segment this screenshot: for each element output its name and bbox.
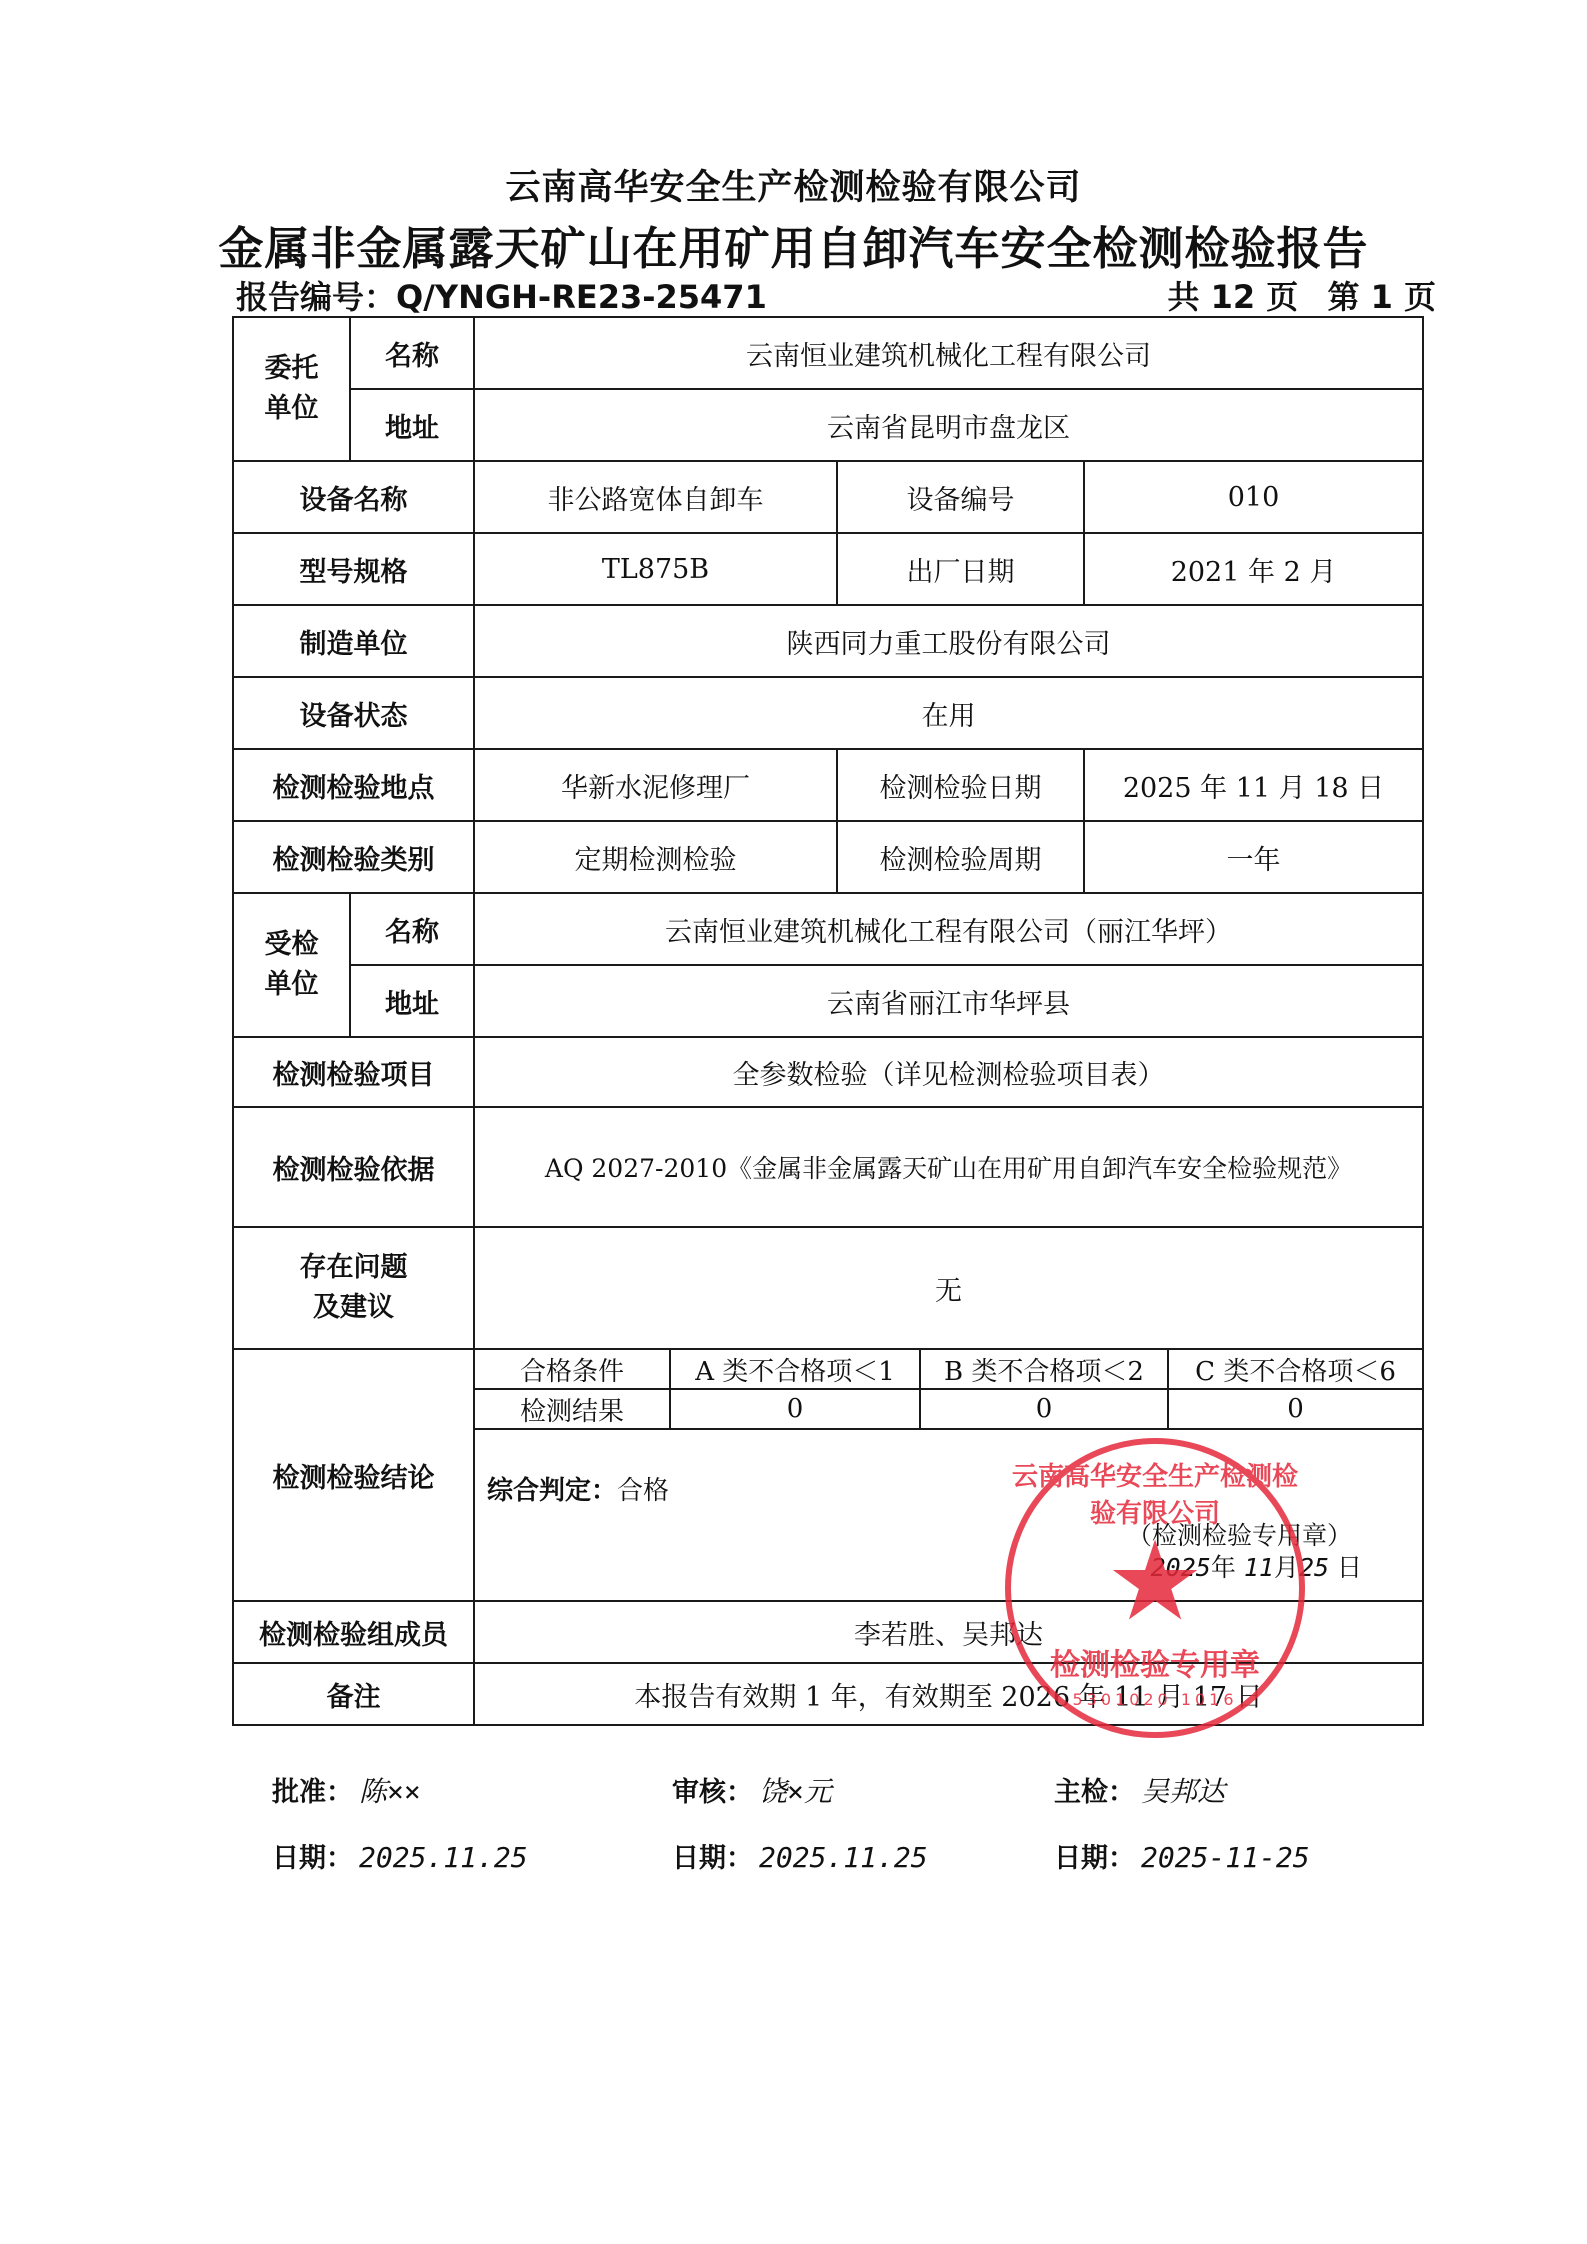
- client-group-label: 委托 单位: [233, 317, 350, 461]
- factory-date-value: 2021 年 2 月: [1084, 533, 1423, 605]
- client-name-row: 委托 单位 名称 云南恒业建筑机械化工程有限公司: [233, 317, 1423, 389]
- inspection-date-value: 2025 年 11 月 18 日: [1084, 749, 1423, 821]
- report-number-label: 报告编号：: [236, 278, 396, 316]
- equipment-number-label: 设备编号: [837, 461, 1084, 533]
- team-row: 检测检验组成员 李若胜、吴邦达: [233, 1601, 1423, 1663]
- equipment-name-value: 非公路宽体自卸车: [474, 461, 837, 533]
- approver-date: 日期：2025.11.25: [272, 1836, 528, 1875]
- overall-judgement: 综合判定：合格: [487, 1470, 669, 1507]
- client-name-value: 云南恒业建筑机械化工程有限公司: [474, 317, 1423, 389]
- remarks-row: 备注 本报告有效期 1 年，有效期至 2026 年 11 月 17 日: [233, 1663, 1423, 1725]
- status-label: 设备状态: [233, 677, 474, 749]
- manufacturer-value: 陕西同力重工股份有限公司: [474, 605, 1423, 677]
- conclusion-cell: 合格条件 A 类不合格项＜1 B 类不合格项＜2 C 类不合格项＜6 检测结果 …: [474, 1349, 1423, 1601]
- inspection-cycle-label: 检测检验周期: [837, 821, 1084, 893]
- model-value: TL875B: [474, 533, 837, 605]
- main-sign: 吴邦达: [1141, 1775, 1225, 1808]
- reviewer-signature: 审核：饶×元: [672, 1770, 832, 1810]
- reviewer-date: 日期：2025.11.25: [672, 1836, 928, 1875]
- client-address-row: 地址 云南省昆明市盘龙区: [233, 389, 1423, 461]
- inspection-location-row: 检测检验地点 华新水泥修理厂 检测检验日期 2025 年 11 月 18 日: [233, 749, 1423, 821]
- main-inspector-date: 日期：2025-11-25: [1054, 1836, 1310, 1875]
- criteria-b: B 类不合格项＜2: [920, 1350, 1168, 1389]
- criteria-a: A 类不合格项＜1: [670, 1350, 920, 1389]
- company-name: 云南高华安全生产检测检验有限公司: [0, 160, 1587, 210]
- criteria-table: 合格条件 A 类不合格项＜1 B 类不合格项＜2 C 类不合格项＜6 检测结果 …: [475, 1350, 1422, 1430]
- equipment-number-value: 010: [1084, 461, 1423, 533]
- basis-row: 检测检验依据 AQ 2027-2010《金属非金属露天矿山在用矿用自卸汽车安全检…: [233, 1107, 1423, 1227]
- factory-date-label: 出厂日期: [837, 533, 1084, 605]
- inspected-address-value: 云南省丽江市华坪县: [474, 965, 1423, 1037]
- report-title: 金属非金属露天矿山在用矿用自卸汽车安全检测检验报告: [0, 212, 1587, 277]
- main-label: 主检：: [1054, 1777, 1135, 1808]
- inspection-category-label: 检测检验类别: [233, 821, 474, 893]
- result-row: 检测结果 0 0 0: [475, 1389, 1422, 1429]
- result-c: 0: [1168, 1389, 1422, 1429]
- items-label: 检测检验项目: [233, 1037, 474, 1107]
- inspected-name-row: 受检 单位 名称 云南恒业建筑机械化工程有限公司（丽江华坪）: [233, 893, 1423, 965]
- judgement-label: 综合判定：: [487, 1476, 617, 1506]
- client-name-label: 名称: [350, 317, 474, 389]
- inspection-category-value: 定期检测检验: [474, 821, 837, 893]
- manufacturer-row: 制造单位 陕西同力重工股份有限公司: [233, 605, 1423, 677]
- review-date-value: 2025.11.25: [759, 1841, 928, 1874]
- issues-label: 存在问题 及建议: [233, 1227, 474, 1349]
- items-row: 检测检验项目 全参数检验（详见检测检验项目表）: [233, 1037, 1423, 1107]
- seal-date-year: 2025: [1151, 1553, 1211, 1582]
- inspection-date-label: 检测检验日期: [837, 749, 1084, 821]
- inspected-address-row: 地址 云南省丽江市华坪县: [233, 965, 1423, 1037]
- inspection-location-label: 检测检验地点: [233, 749, 474, 821]
- approve-sign: 陈××: [359, 1775, 421, 1808]
- inspection-category-row: 检测检验类别 定期检测检验 检测检验周期 一年: [233, 821, 1423, 893]
- page-indicator: 共 12 页 第 1 页: [1149, 272, 1436, 318]
- report-number-value: Q/YNGH-RE23-25471: [396, 278, 767, 316]
- inspected-address-label: 地址: [350, 965, 474, 1037]
- issues-value: 无: [474, 1227, 1423, 1349]
- basis-label: 检测检验依据: [233, 1107, 474, 1227]
- team-value: 李若胜、吴邦达: [474, 1601, 1423, 1663]
- report-table: 委托 单位 名称 云南恒业建筑机械化工程有限公司 地址 云南省昆明市盘龙区 设备…: [232, 316, 1424, 1726]
- status-value: 在用: [474, 677, 1423, 749]
- total-pages: 共 12 页: [1167, 278, 1298, 316]
- report-meta-row: 报告编号：Q/YNGH-RE23-25471 共 12 页 第 1 页: [236, 272, 1436, 316]
- inspected-name-value: 云南恒业建筑机械化工程有限公司（丽江华坪）: [474, 893, 1423, 965]
- result-b: 0: [920, 1389, 1168, 1429]
- items-value: 全参数检验（详见检测检验项目表）: [474, 1037, 1423, 1107]
- inspection-location-value: 华新水泥修理厂: [474, 749, 837, 821]
- seal-date: 2025年 11月25 日: [1151, 1548, 1362, 1584]
- manufacturer-label: 制造单位: [233, 605, 474, 677]
- client-address-label: 地址: [350, 389, 474, 461]
- remarks-value: 本报告有效期 1 年，有效期至 2026 年 11 月 17 日: [474, 1663, 1423, 1725]
- approve-date-value: 2025.11.25: [359, 1841, 528, 1874]
- seal-date-month: 11: [1244, 1553, 1274, 1582]
- report-number: 报告编号：Q/YNGH-RE23-25471: [236, 272, 767, 318]
- equipment-name-row: 设备名称 非公路宽体自卸车 设备编号 010: [233, 461, 1423, 533]
- main-date-value: 2025-11-25: [1141, 1841, 1310, 1874]
- model-row: 型号规格 TL875B 出厂日期 2021 年 2 月: [233, 533, 1423, 605]
- inspection-cycle-value: 一年: [1084, 821, 1423, 893]
- status-row: 设备状态 在用: [233, 677, 1423, 749]
- seal-note: （检测检验专用章）: [1127, 1516, 1352, 1552]
- inspected-name-label: 名称: [350, 893, 474, 965]
- team-label: 检测检验组成员: [233, 1601, 474, 1663]
- approver-signature: 批准：陈××: [272, 1770, 421, 1810]
- review-sign: 饶×元: [759, 1775, 832, 1808]
- basis-value: AQ 2027-2010《金属非金属露天矿山在用矿用自卸汽车安全检验规范》: [474, 1107, 1423, 1227]
- conclusion-label: 检测检验结论: [233, 1349, 474, 1601]
- review-label: 审核：: [672, 1777, 753, 1808]
- inspected-group-label: 受检 单位: [233, 893, 350, 1037]
- current-page: 第 1 页: [1327, 278, 1436, 316]
- equipment-name-label: 设备名称: [233, 461, 474, 533]
- judgement-value: 合格: [617, 1476, 669, 1506]
- remarks-label: 备注: [233, 1663, 474, 1725]
- issues-row: 存在问题 及建议 无: [233, 1227, 1423, 1349]
- approve-label: 批准：: [272, 1777, 353, 1808]
- seal-date-day: 25: [1299, 1553, 1329, 1582]
- criteria-row: 合格条件 A 类不合格项＜1 B 类不合格项＜2 C 类不合格项＜6: [475, 1350, 1422, 1389]
- criteria-c: C 类不合格项＜6: [1168, 1350, 1422, 1389]
- result-a: 0: [670, 1389, 920, 1429]
- model-label: 型号规格: [233, 533, 474, 605]
- result-label: 检测结果: [475, 1389, 670, 1429]
- client-address-value: 云南省昆明市盘龙区: [474, 389, 1423, 461]
- conclusion-row: 检测检验结论 合格条件 A 类不合格项＜1 B 类不合格项＜2 C 类不合格项＜…: [233, 1349, 1423, 1601]
- main-inspector-signature: 主检：吴邦达: [1054, 1770, 1225, 1810]
- criteria-label: 合格条件: [475, 1350, 670, 1389]
